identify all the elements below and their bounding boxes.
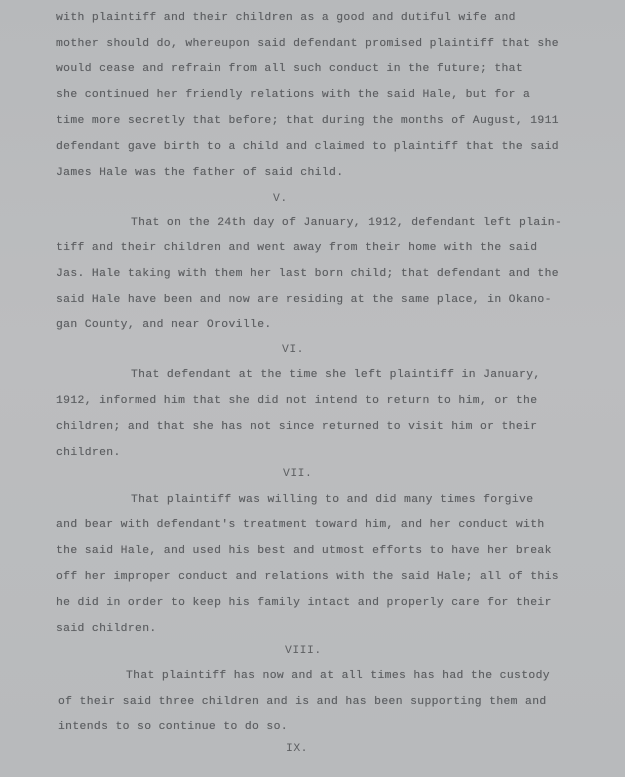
document-page: with plaintiff and their children as a g… xyxy=(0,0,625,777)
text-line: intends to so continue to do so. xyxy=(58,720,288,734)
text-line: and bear with defendant's treatment towa… xyxy=(56,518,545,532)
text-line: That plaintiff has now and at all times … xyxy=(126,669,550,683)
text-line: 1912, informed him that she did not inte… xyxy=(56,394,537,408)
section-heading-vii: VII. xyxy=(283,467,312,481)
section-heading-ix: IX. xyxy=(286,742,308,756)
text-line: off her improper conduct and relations w… xyxy=(56,570,559,584)
section-heading-viii: VIII. xyxy=(285,644,322,658)
text-line: tiff and their children and went away fr… xyxy=(56,241,537,255)
text-line: defendant gave birth to a child and clai… xyxy=(56,140,559,154)
text-line: Jas. Hale taking with them her last born… xyxy=(56,267,559,281)
text-line: would cease and refrain from all such co… xyxy=(56,62,523,76)
text-line: with plaintiff and their children as a g… xyxy=(56,11,516,25)
text-line: she continued her friendly relations wit… xyxy=(56,88,530,102)
section-heading-vi: VI. xyxy=(282,343,304,357)
text-line: time more secretly that before; that dur… xyxy=(56,114,559,128)
text-line: of their said three children and is and … xyxy=(58,695,547,709)
text-line: the said Hale, and used his best and utm… xyxy=(56,544,552,558)
text-line: That plaintiff was willing to and did ma… xyxy=(131,493,533,507)
text-line: gan County, and near Oroville. xyxy=(56,318,272,332)
text-line: he did in order to keep his family intac… xyxy=(56,596,552,610)
text-line: That on the 24th day of January, 1912, d… xyxy=(131,216,562,230)
text-line: said children. xyxy=(56,622,157,636)
text-line: said Hale have been and now are residing… xyxy=(56,293,552,307)
section-heading-v: V. xyxy=(273,192,288,206)
text-line: James Hale was the father of said child. xyxy=(56,166,343,180)
text-line: mother should do, whereupon said defenda… xyxy=(56,37,559,51)
text-line: That defendant at the time she left plai… xyxy=(131,368,541,382)
text-line: children. xyxy=(56,446,121,460)
text-line: children; and that she has not since ret… xyxy=(56,420,537,434)
